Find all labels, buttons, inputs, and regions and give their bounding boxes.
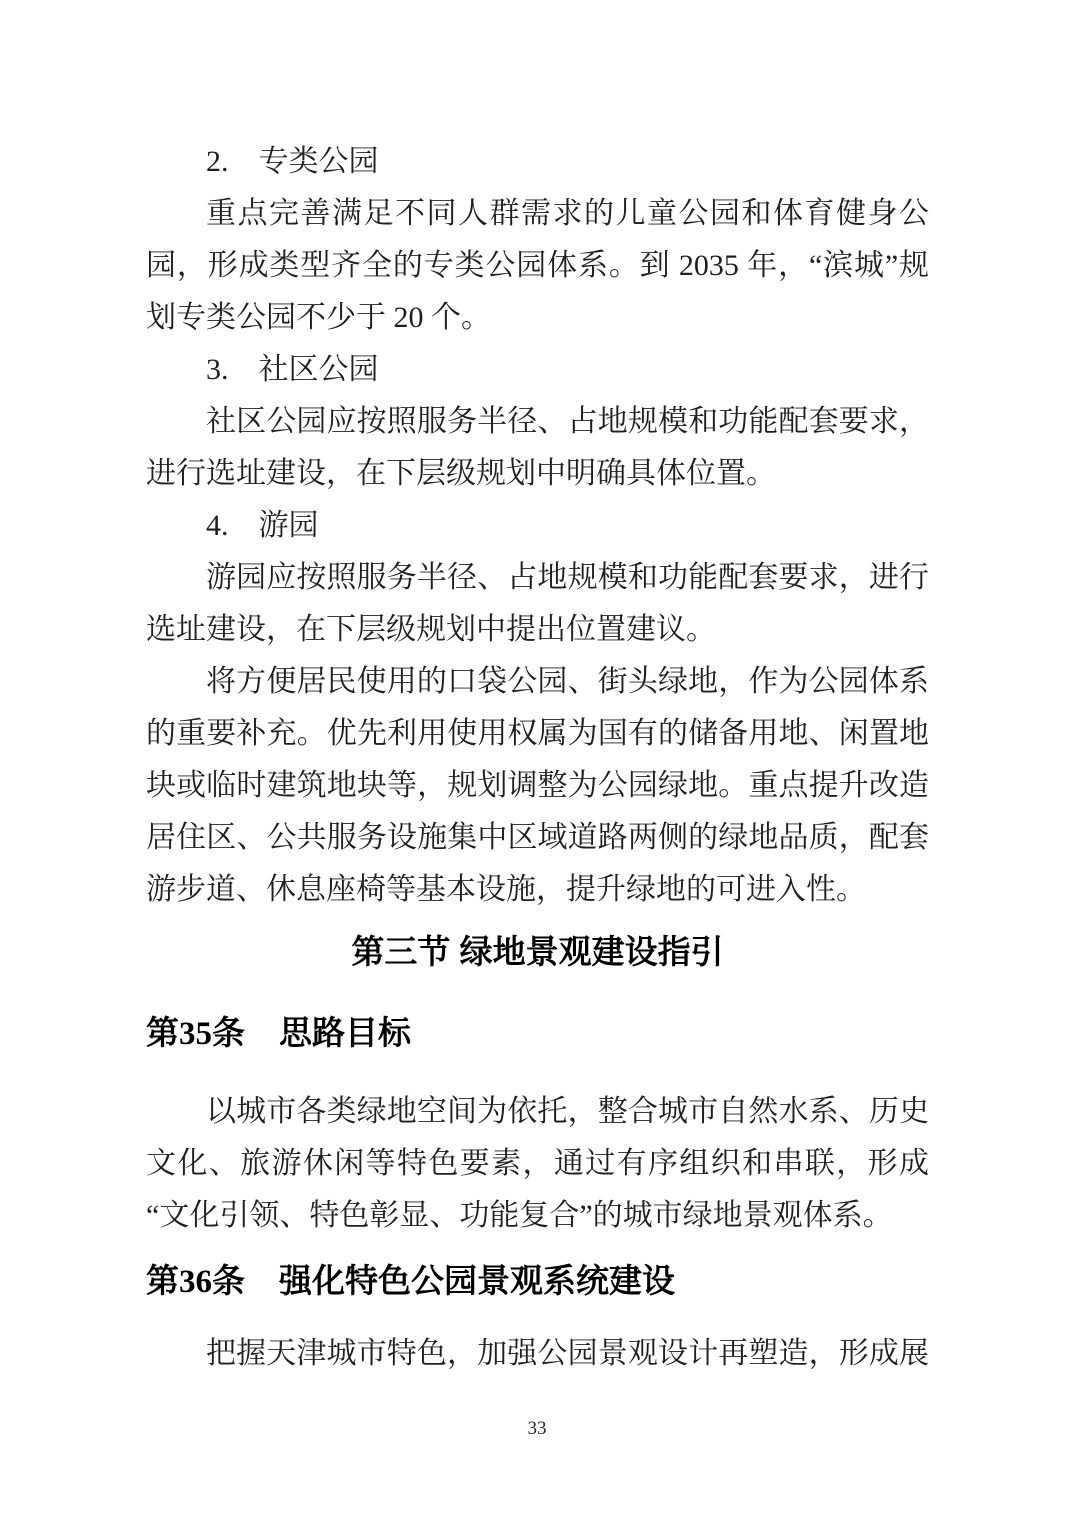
paragraph-line: 园，形成类型齐全的专类公园体系。到 2035 年，“滨城”规 — [146, 240, 929, 292]
paragraph-line: 将方便居民使用的口袋公园、街头绿地，作为公园体系 — [146, 656, 929, 708]
document-content: 2. 专类公园 /* placeholder removed by binder… — [146, 136, 929, 1380]
list-item-heading-4: 4. 游园 — [146, 500, 929, 552]
paragraph-line: 划专类公园不少于 20 个。 — [146, 292, 929, 344]
article-36-title: 强化特色公园景观系统建设 — [279, 1264, 675, 1300]
list-item-heading-2: 2. 专类公园 — [146, 136, 929, 188]
section-heading: 第三节 绿地景观建设指引 — [146, 922, 929, 982]
page-number: 33 — [0, 1418, 1074, 1440]
paragraph-line: 选址建设，在下层级规划中提出位置建议。 — [146, 604, 929, 656]
article-36-heading: 第36条强化特色公园景观系统建设 — [146, 1252, 929, 1312]
paragraph-line: 游园应按照服务半径、占地规模和功能配套要求，进行 — [146, 552, 929, 604]
paragraph-line: 把握天津城市特色，加强公园景观设计再塑造，形成展 — [146, 1328, 929, 1380]
paragraph-line: 块或临时建筑地块等，规划调整为公园绿地。重点提升改造 — [146, 760, 929, 812]
paragraph-line: 以城市各类绿地空间为依托，整合城市自然水系、历史 — [146, 1086, 929, 1138]
article-35-number: 第35条 — [146, 1016, 245, 1052]
paragraph-line: 文化、旅游休闲等特色要素，通过有序组织和串联，形成 — [146, 1138, 929, 1190]
paragraph-line: 居住区、公共服务设施集中区域道路两侧的绿地品质，配套 — [146, 812, 929, 864]
article-35-title: 思路目标 — [279, 1016, 411, 1052]
paragraph-line: 游步道、休息座椅等基本设施，提升绿地的可进入性。 — [146, 864, 929, 916]
paragraph-line: 重点完善满足不同人群需求的儿童公园和体育健身公 — [146, 188, 929, 240]
paragraph-line: 的重要补充。优先利用使用权属为国有的储备用地、闲置地 — [146, 708, 929, 760]
paragraph-line: 进行选址建设，在下层级规划中明确具体位置。 — [146, 448, 929, 500]
document-page: 2. 专类公园 /* placeholder removed by binder… — [0, 0, 1074, 1520]
list-item-heading-3: 3. 社区公园 — [146, 344, 929, 396]
paragraph-line: “文化引领、特色彰显、功能复合”的城市绿地景观体系。 — [146, 1190, 929, 1242]
paragraph-line: 社区公园应按照服务半径、占地规模和功能配套要求， — [146, 396, 929, 448]
article-35-heading: 第35条思路目标 — [146, 1004, 929, 1064]
article-36-number: 第36条 — [146, 1264, 245, 1300]
